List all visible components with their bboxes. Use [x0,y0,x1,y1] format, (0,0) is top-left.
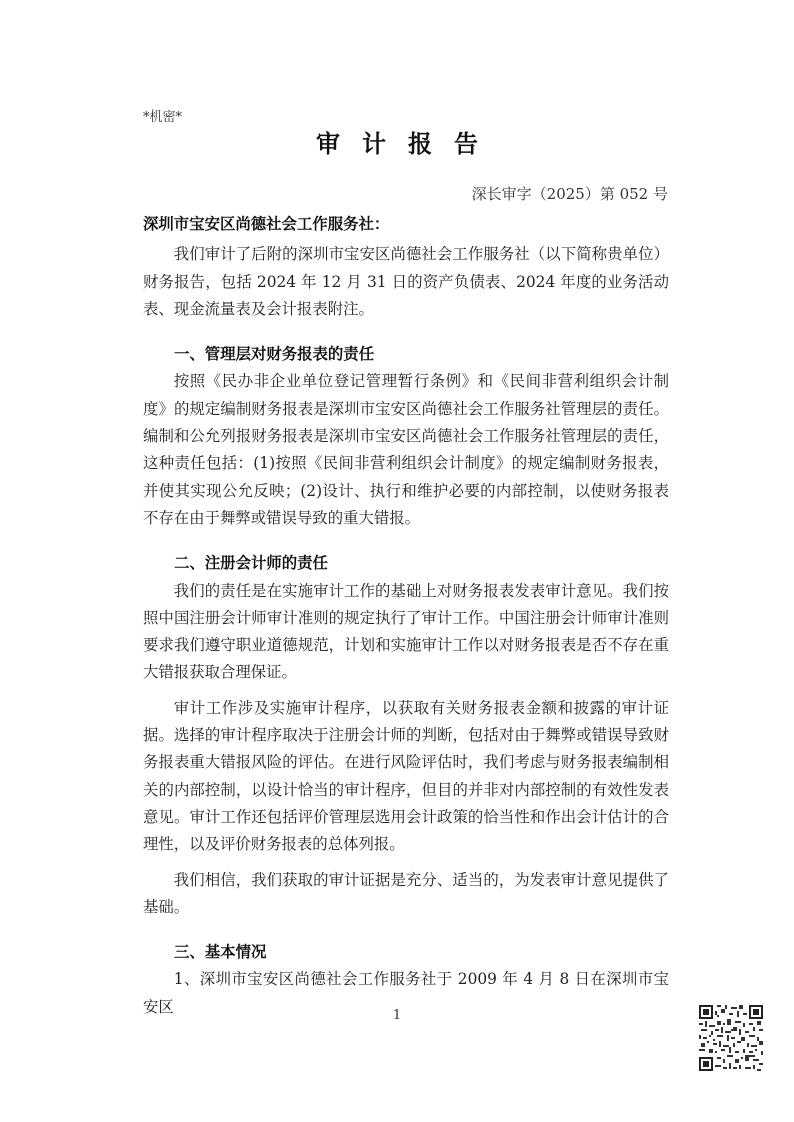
section-paragraph: 我们相信，我们获取的审计证据是充分、适当的，为发表审计意见提供了基础。 [143,867,669,922]
section-heading-auditor: 二、注册会计师的责任 [143,550,669,577]
section-paragraph: 按照《民办非企业单位登记管理暂行条例》和《民间非营利组织会计制度》的规定编制财务… [143,368,669,532]
reference-number: 深长审字（2025）第 052 号 [472,183,668,204]
section-heading-management: 一、管理层对财务报表的责任 [143,341,669,368]
qr-code-icon [697,1003,765,1073]
report-body: 深圳市宝安区尚德社会工作服务社： 我们审计了后附的深圳市宝安区尚德社会工作服务社… [143,211,669,1021]
document-page: *机密* 审计报告 深长审字（2025）第 052 号 深圳市宝安区尚德社会工作… [0,0,794,1122]
intro-paragraph: 我们审计了后附的深圳市宝安区尚德社会工作服务社（以下简称贵单位）财务报告，包括 … [143,241,669,323]
section-paragraph: 审计工作涉及实施审计程序，以获取有关财务报表金额和披露的审计证据。选择的审计程序… [143,695,669,859]
addressee: 深圳市宝安区尚德社会工作服务社： [143,211,669,238]
page-number: 1 [0,1008,794,1023]
confidential-mark: *机密* [143,106,182,125]
report-title: 审计报告 [0,124,794,159]
section-paragraph: 我们的责任是在实施审计工作的基础上对财务报表发表审计意见。我们按照中国注册会计师… [143,578,669,687]
section-heading-basic-info: 三、基本情况 [143,939,669,966]
